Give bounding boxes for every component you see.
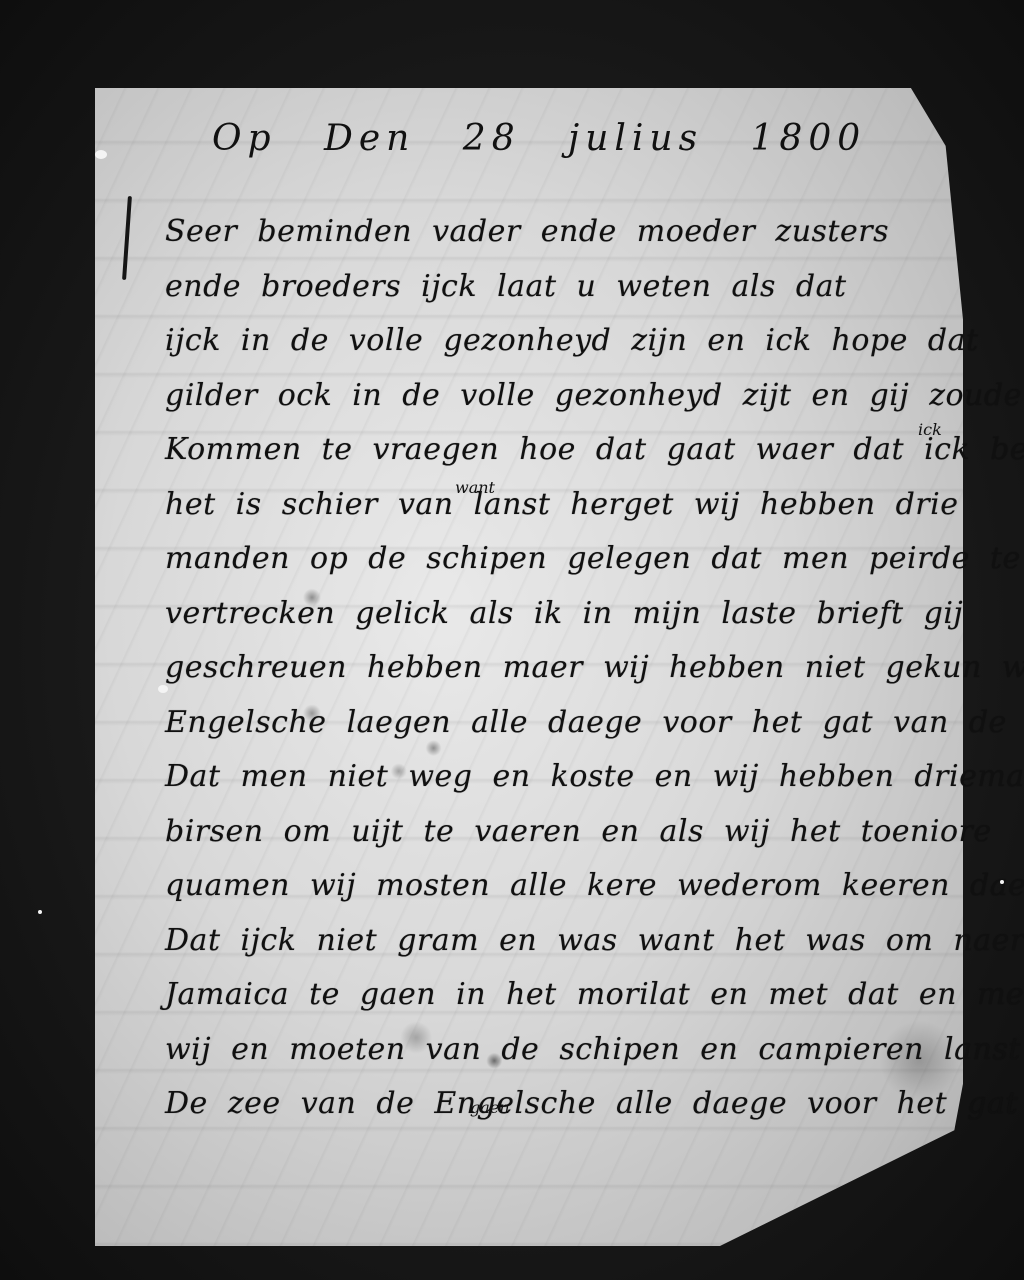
letter-line: Engelsche laegen alle daege voor het gat… xyxy=(165,696,965,751)
letter-line: De zee van de Engelsche alle daege voor … xyxy=(165,1077,965,1132)
letter-line: het is schier van lanst herget wij hebbe… xyxy=(165,478,965,533)
paper-speck xyxy=(95,150,107,159)
interlinear-insertion: gaen xyxy=(470,1098,510,1117)
letter-line: Kommen te vraegen hoe dat gaat waer dat … xyxy=(165,423,965,478)
letter-date-heading: Op Den 28 julius 1800 xyxy=(212,118,866,159)
interlinear-insertion: ick xyxy=(918,420,942,439)
letter-line: wij en moeten van de schipen en campiere… xyxy=(165,1023,965,1078)
interlinear-insertion: want xyxy=(455,478,495,497)
paper-speck xyxy=(1000,880,1004,884)
letter-line: vertrecken gelick als ik in mijn laste b… xyxy=(165,587,965,642)
letter-line: birsen om uijt te vaeren en als wij het … xyxy=(165,805,965,860)
letter-line: quamen wij mosten alle kere wederom keer… xyxy=(165,859,965,914)
paper-speck xyxy=(38,910,42,914)
letter-line: manden op de schipen gelegen dat men pei… xyxy=(165,532,965,587)
letter-line: gilder ock in de volle gezonheyd zijt en… xyxy=(165,369,965,424)
letter-line: geschreuen hebben maer wij hebben niet g… xyxy=(165,641,965,696)
letter-line: Dat men niet weg en koste en wij hebben … xyxy=(165,750,965,805)
letter-line: ende broeders ijck laat u weten als dat xyxy=(165,260,965,315)
letter-line: Seer beminden vader ende moeder zusters xyxy=(165,205,965,260)
paper-speck xyxy=(158,685,168,693)
letter-line: Dat ijck niet gram en was want het was o… xyxy=(165,914,965,969)
letter-body: Seer beminden vader ende moeder zusters … xyxy=(165,205,965,1132)
letter-line: ijck in de volle gezonheyd zijn en ick h… xyxy=(165,314,965,369)
letter-line: Jamaica te gaen in het morilat en met da… xyxy=(165,968,965,1023)
